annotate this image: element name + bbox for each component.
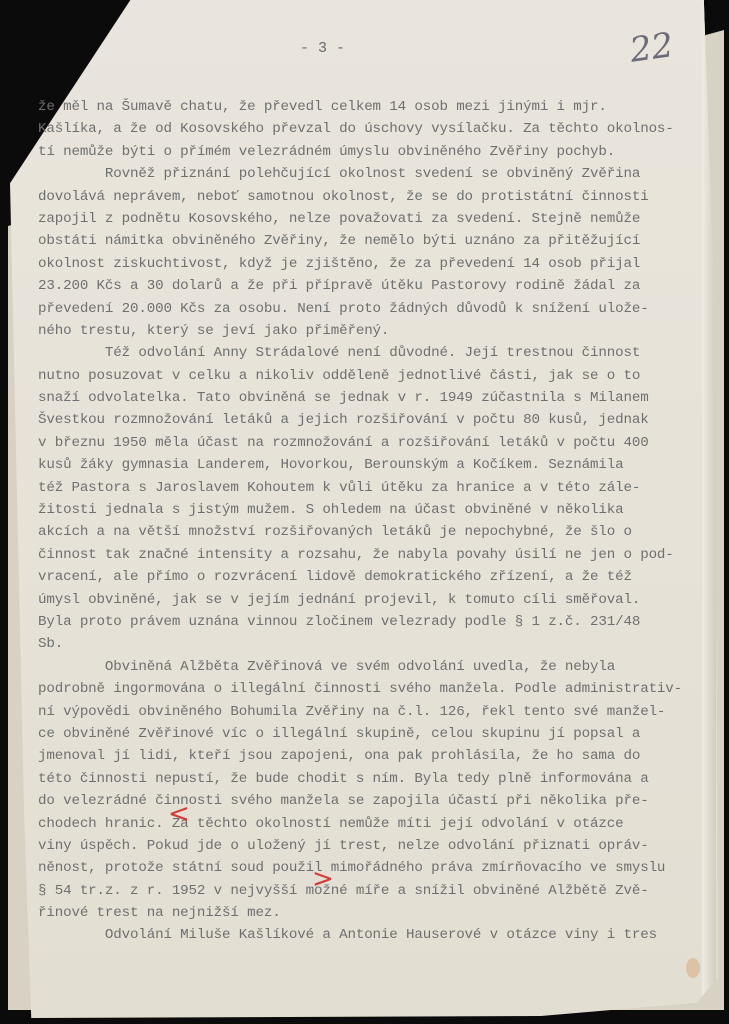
text-line: Rovněž přiznání polehčující okolnost sve… bbox=[38, 163, 718, 185]
text-line: též Pastora s Jaroslavem Kohoutem k vůli… bbox=[38, 477, 718, 499]
text-line: Sb. bbox=[38, 633, 718, 655]
text-line: Též odvolání Anny Strádalové není důvodn… bbox=[38, 342, 718, 364]
text-line: tí nemůže býti o přímém velezrádném úmys… bbox=[38, 141, 718, 163]
text-line: jmenoval jí lidi, kteří jsou zapojeni, o… bbox=[38, 745, 718, 767]
text-line: viny úspěch. Pokud jde o uložený jí tres… bbox=[38, 835, 718, 857]
text-line: ní výpovědi obviněného Bohumila Zvěřiny … bbox=[38, 701, 718, 723]
text-line: Odvolání Miluše Kašlíkové a Antonie Haus… bbox=[38, 924, 718, 946]
text-line: obstáti námitka obviněného Zvěřiny, že n… bbox=[38, 230, 718, 252]
text-line: snaží odvolatelka. Tato obviněná se jedn… bbox=[38, 387, 718, 409]
text-line: úmysl obviněné, jak se v jejím jednání p… bbox=[38, 589, 718, 611]
page-number: - 3 - bbox=[300, 40, 345, 57]
text-line: Švestkou rozmnožování letáků a jejich ro… bbox=[38, 409, 718, 431]
text-line: v březnu 1950 měla účast na rozmnožování… bbox=[38, 432, 718, 454]
text-line: 23.200 Kčs a 30 dolarů a že při přípravě… bbox=[38, 275, 718, 297]
text-line: zapojil z podnětu Kosovského, nelze pova… bbox=[38, 208, 718, 230]
text-line: ného trestu, který se jeví jako přiměřen… bbox=[38, 320, 718, 342]
text-line: nutno posuzovat v celku a nikoliv odděle… bbox=[38, 365, 718, 387]
text-line: něnost, protože státní soud použil mimoř… bbox=[38, 857, 718, 879]
text-line: Kašlíka, a že od Kosovského převzal do ú… bbox=[38, 118, 718, 140]
text-line: dovolává neprávem, neboť samotnou okolno… bbox=[38, 186, 718, 208]
paper-stain bbox=[686, 958, 700, 978]
handwritten-folio-number: 22 bbox=[627, 25, 675, 71]
text-line: Obviněná Alžběta Zvěřinová ve svém odvol… bbox=[38, 656, 718, 678]
red-bracket-open-mark: < bbox=[168, 801, 190, 827]
text-line: řinové trest na nejnižší mez. bbox=[38, 902, 718, 924]
text-line: okolnost ziskuchtivost, když je zjištěno… bbox=[38, 253, 718, 275]
text-line: akcích a na větší množství rozšiřovaných… bbox=[38, 521, 718, 543]
red-bracket-close-mark: > bbox=[312, 866, 334, 892]
text-line: že měl na Šumavě chatu, že převedl celke… bbox=[38, 96, 718, 118]
text-line: § 54 tr.z. z r. 1952 v nejvyšší možné mí… bbox=[38, 880, 718, 902]
text-line: kusů žáky gymnasia Landerem, Hovorkou, B… bbox=[38, 454, 718, 476]
text-line: žitosti jednala s jistým mužem. S ohlede… bbox=[38, 499, 718, 521]
text-line: převedení 20.000 Kčs za osobu. Není prot… bbox=[38, 298, 718, 320]
text-line: vracení, ale přímo o rozvrácení lidově d… bbox=[38, 566, 718, 588]
typewritten-body-text: že měl na Šumavě chatu, že převedl celke… bbox=[38, 96, 718, 947]
text-line: chodech hranic. Za těchto okolností nemů… bbox=[38, 813, 718, 835]
text-line: této činnosti nepustí, že bude chodit s … bbox=[38, 768, 718, 790]
text-line: činnost tak značné intensity a rozsahu, … bbox=[38, 544, 718, 566]
text-line: Byla proto právem uznána vinnou zločinem… bbox=[38, 611, 718, 633]
text-line: do velezrádné činnosti svého manžela se … bbox=[38, 790, 718, 812]
text-line: podrobně ingormována o illegální činnost… bbox=[38, 678, 718, 700]
text-line: ce obviněné Zvěřinové víc o illegální sk… bbox=[38, 723, 718, 745]
